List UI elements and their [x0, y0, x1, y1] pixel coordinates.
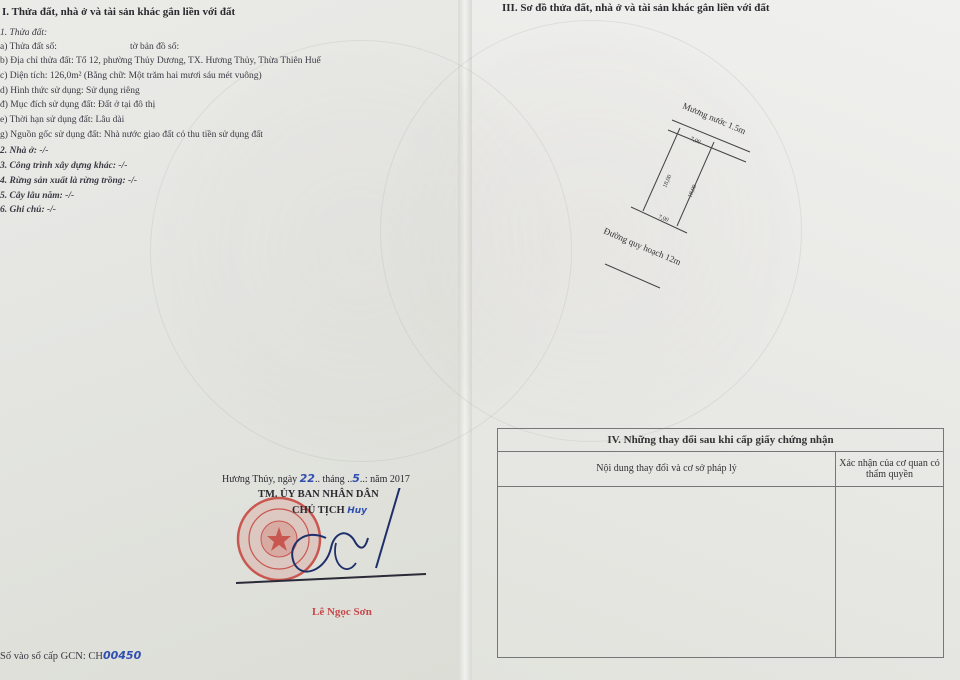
item-other-construction: 3. Công trình xây dựng khác: -/- — [0, 161, 127, 171]
section-title-diagram: III. Sơ đồ thửa đất, nhà ở và tài sản kh… — [502, 2, 770, 14]
changes-table-title: IV. Những thay đổi sau khi cấp giấy chứn… — [498, 429, 944, 452]
column-header-confirmation: Xác nhận của cơ quan có thẩm quyền — [836, 452, 944, 487]
signing-year: năm 2017 — [370, 474, 410, 485]
signing-date: Hương Thủy, ngày 22.. tháng ..5..: năm 2… — [222, 472, 410, 485]
signer-name: Lê Ngọc Sơn — [312, 606, 372, 618]
signing-place: Hương Thủy, ngày — [222, 474, 297, 485]
changes-confirmation-cell — [836, 487, 944, 658]
item-perennial-trees: 5. Cây lâu năm: -/- — [0, 191, 74, 201]
section-title-land: I. Thửa đất, nhà ở và tài sản khác gắn l… — [2, 6, 235, 18]
right-length-label: 18,00 — [687, 184, 698, 199]
gcn-number: 00450 — [103, 649, 141, 662]
top-width-label: 7,00 — [689, 136, 701, 146]
month-label: tháng — [322, 474, 344, 485]
left-length-label: 18,00 — [662, 174, 673, 189]
land-line-term: e) Thời hạn sử dụng đất: Lâu dài — [0, 115, 124, 125]
land-line-origin: g) Nguồn gốc sử dụng đất: Nhà nước giao … — [0, 130, 263, 140]
signing-day: 22 — [300, 472, 315, 485]
subsection-land: 1. Thửa đất: — [0, 28, 47, 38]
canal-label: Mương nước 1.5m — [681, 101, 747, 137]
land-line-address: b) Địa chỉ thửa đất: Tổ 12, phường Thủy … — [0, 56, 321, 66]
land-line-area: c) Diện tích: 126,0m² (Bằng chữ: Một tră… — [0, 71, 262, 81]
signing-month: 5 — [352, 472, 360, 485]
item-notes: 6. Ghi chú: -/- — [0, 205, 56, 215]
road-label: Đường quy hoạch 12m — [602, 226, 682, 268]
changes-content-cell — [498, 487, 836, 658]
gcn-label: Số vào sổ cấp GCN: CH — [0, 651, 103, 662]
column-header-content: Nội dung thay đổi và cơ sở pháp lý — [498, 452, 836, 487]
parcel-diagram: Mương nước 1.5m 7,00 7,00 18,00 18,00 Đư… — [590, 90, 770, 290]
gcn-registry-number: Số vào sổ cấp GCN: CH00450 — [0, 649, 141, 662]
parcel-number-label: a) Thửa đất số: — [0, 42, 57, 52]
land-line-parcel: a) Thửa đất số: tờ bản đồ số: — [0, 42, 57, 52]
item-house: 2. Nhà ở: -/- — [0, 146, 48, 156]
item-planted-forest: 4. Rừng sản xuất là rừng trồng: -/- — [0, 176, 137, 186]
signature-icon — [236, 488, 436, 588]
land-line-purpose: đ) Mục đích sử dụng đất: Đất ở tại đô th… — [0, 100, 155, 110]
map-sheet-label: tờ bản đồ số: — [130, 42, 179, 52]
changes-table: IV. Những thay đổi sau khi cấp giấy chứn… — [497, 428, 944, 658]
land-line-usage-form: d) Hình thức sử dụng: Sử dụng riêng — [0, 86, 140, 96]
